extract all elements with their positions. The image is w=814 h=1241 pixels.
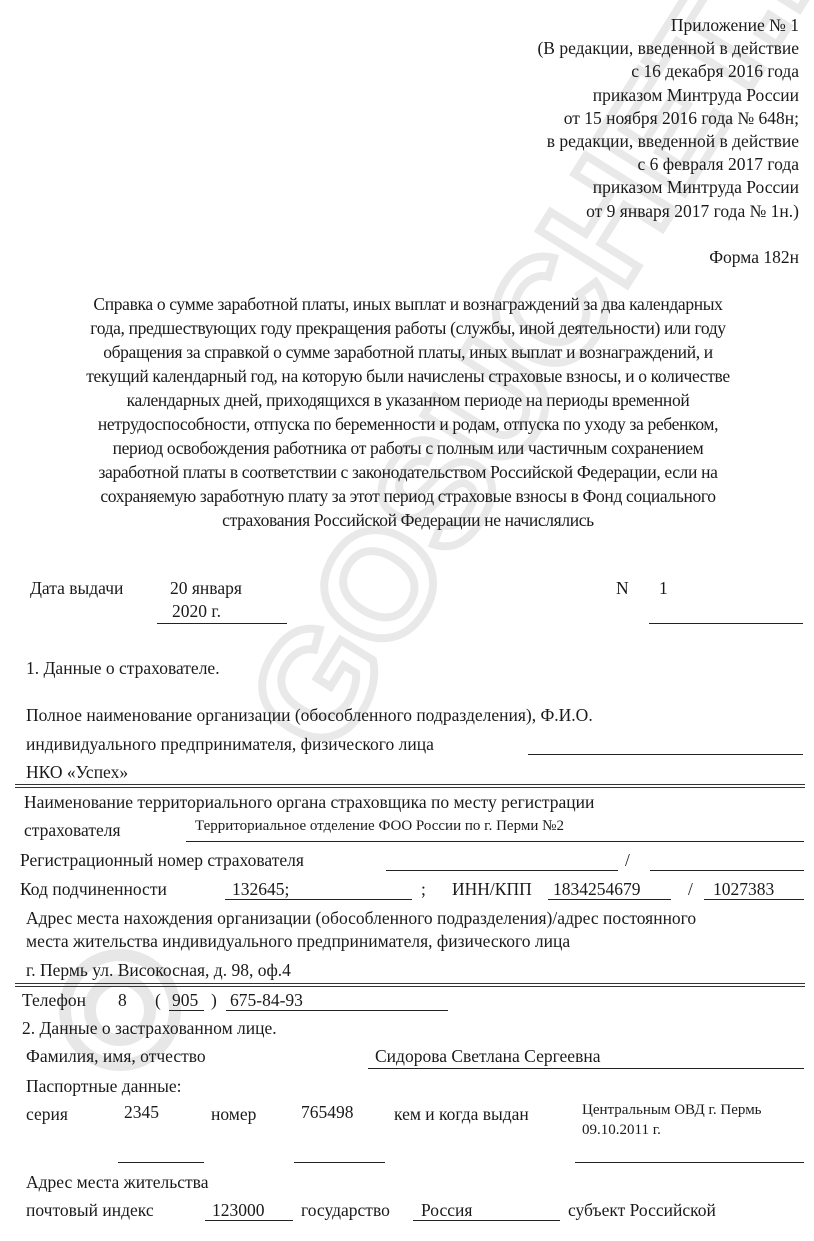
kpp-underline [704, 899, 804, 900]
phone-area-code[interactable]: 905 [172, 992, 198, 1010]
section-divider [15, 787, 805, 788]
phone-open-paren: ( [155, 992, 161, 1010]
series-value[interactable]: 2345 [124, 1104, 159, 1122]
org-label-line2: индивидуального предпринимателя, физичес… [26, 736, 434, 754]
fio-underline [368, 1068, 804, 1069]
appendix-line: с 6 февраля 2017 года [537, 153, 799, 176]
appendix-line: от 15 ноября 2016 года № 648н; [537, 107, 799, 130]
reg-number-underline-2 [650, 870, 804, 871]
postal-underline [205, 1220, 293, 1221]
org-label-line1: Полное наименование организации (обособл… [26, 707, 593, 725]
series-label: серия [26, 1106, 68, 1124]
reg-number-label: Регистрационный номер страхователя [20, 852, 304, 870]
country-value[interactable]: Россия [421, 1202, 472, 1220]
reg-number-underline-1 [386, 870, 618, 871]
inn-kpp-label: ИНН/КПП [452, 881, 532, 899]
org-inline-underline [528, 754, 803, 755]
issue-number-value[interactable]: 1 [659, 580, 668, 598]
inn-value[interactable]: 1834254679 [553, 881, 641, 899]
address-underline [15, 983, 805, 984]
territorial-underline [186, 841, 804, 842]
territorial-value[interactable]: Территориальное отделение ФОО России по … [195, 819, 564, 834]
sub-code-underline [225, 899, 412, 900]
title-line: нетрудоспособности, отпуска по беременно… [10, 412, 806, 436]
territorial-label-line2: страхователя [24, 822, 121, 840]
title-line: заработной платы в соответствии с законо… [10, 460, 806, 484]
issued-underline [575, 1162, 804, 1163]
issue-number-label: N [616, 580, 629, 598]
appendix-line: приказом Минтруда России [537, 84, 799, 107]
inn-underline [548, 899, 671, 900]
appendix-line: Приложение № 1 [537, 14, 799, 37]
title-line: календарных дней, приходящихся в указанн… [10, 388, 806, 412]
appendix-line: с 16 декабря 2016 года [537, 60, 799, 83]
address-value[interactable]: г. Пермь ул. Високосная, д. 98, оф.4 [26, 962, 291, 980]
title-line: текущий календарный год, на которую были… [10, 364, 806, 388]
appendix-block: Приложение № 1 (В редакции, введенной в … [537, 14, 799, 223]
form-code: Форма 182н [709, 247, 799, 268]
issued-value-line2[interactable]: 09.10.2011 г. [582, 1123, 661, 1138]
residence-label: Адрес места жительства [26, 1174, 209, 1192]
inn-kpp-separator: / [688, 881, 693, 899]
title-line: страхования Российской Федерации не начи… [10, 508, 806, 532]
phone-close-paren: ) [211, 992, 217, 1010]
sub-code-label: Код подчиненности [20, 881, 167, 899]
appendix-line: (В редакции, введенной в действие [537, 37, 799, 60]
sub-code-value[interactable]: 132645; [232, 881, 289, 899]
number-underline [294, 1162, 385, 1163]
reg-number-separator: / [625, 852, 630, 870]
issue-date-value-line1[interactable]: 20 января [170, 580, 242, 598]
issued-value-line1[interactable]: Центральным ОВД г. Пермь [582, 1103, 762, 1118]
document-title: Справка о сумме заработной платы, иных в… [10, 292, 806, 532]
title-line: период освобождения работника от работы … [10, 436, 806, 460]
section-divider [15, 986, 805, 987]
org-value[interactable]: НКО «Успех» [26, 764, 128, 782]
fio-label: Фамилия, имя, отчество [26, 1048, 206, 1066]
passport-label: Паспортные данные: [26, 1078, 182, 1096]
number-label: номер [211, 1106, 256, 1124]
sub-code-semicolon: ; [421, 881, 426, 899]
country-underline [413, 1220, 560, 1221]
section2-heading: 2. Данные о застрахованном лице. [22, 1020, 277, 1038]
phone-prefix: 8 [118, 992, 127, 1010]
address-label-line2: места жительства индивидуального предпри… [26, 933, 570, 951]
title-line: сохраняемую заработную плату за этот пер… [10, 484, 806, 508]
territorial-label-line1: Наименование территориального органа стр… [24, 794, 594, 812]
appendix-line: приказом Минтруда России [537, 176, 799, 199]
kpp-value[interactable]: 1027383 [713, 881, 774, 899]
appendix-line: в редакции, введенной в действие [537, 130, 799, 153]
phone-code-underline [169, 1010, 204, 1011]
issue-date-value-line2[interactable]: 2020 г. [172, 603, 221, 621]
country-label: государство [301, 1202, 390, 1220]
number-value[interactable]: 765498 [301, 1104, 354, 1122]
issue-number-underline [649, 623, 803, 624]
title-line: Справка о сумме заработной платы, иных в… [10, 292, 806, 316]
issued-label: кем и когда выдан [394, 1106, 529, 1124]
phone-label: Телефон [22, 992, 86, 1010]
postal-value[interactable]: 123000 [212, 1202, 265, 1220]
postal-label: почтовый индекс [26, 1202, 154, 1220]
org-value-underline [15, 784, 805, 785]
fio-value[interactable]: Сидорова Светлана Сергеевна [375, 1048, 600, 1066]
issue-date-underline [157, 623, 287, 624]
appendix-line: от 9 января 2017 года № 1н.) [537, 200, 799, 223]
address-label-line1: Адрес места нахождения организации (обос… [26, 910, 696, 928]
title-line: года, предшествующих году прекращения ра… [10, 316, 806, 340]
phone-number-underline [226, 1010, 448, 1011]
phone-number[interactable]: 675-84-93 [230, 992, 303, 1010]
subject-label: субъект Российской [568, 1202, 716, 1220]
title-line: обращения за справкой о сумме заработной… [10, 340, 806, 364]
section1-heading: 1. Данные о страхователе. [26, 660, 220, 678]
issue-date-label: Дата выдачи [30, 580, 123, 598]
series-underline [118, 1162, 204, 1163]
